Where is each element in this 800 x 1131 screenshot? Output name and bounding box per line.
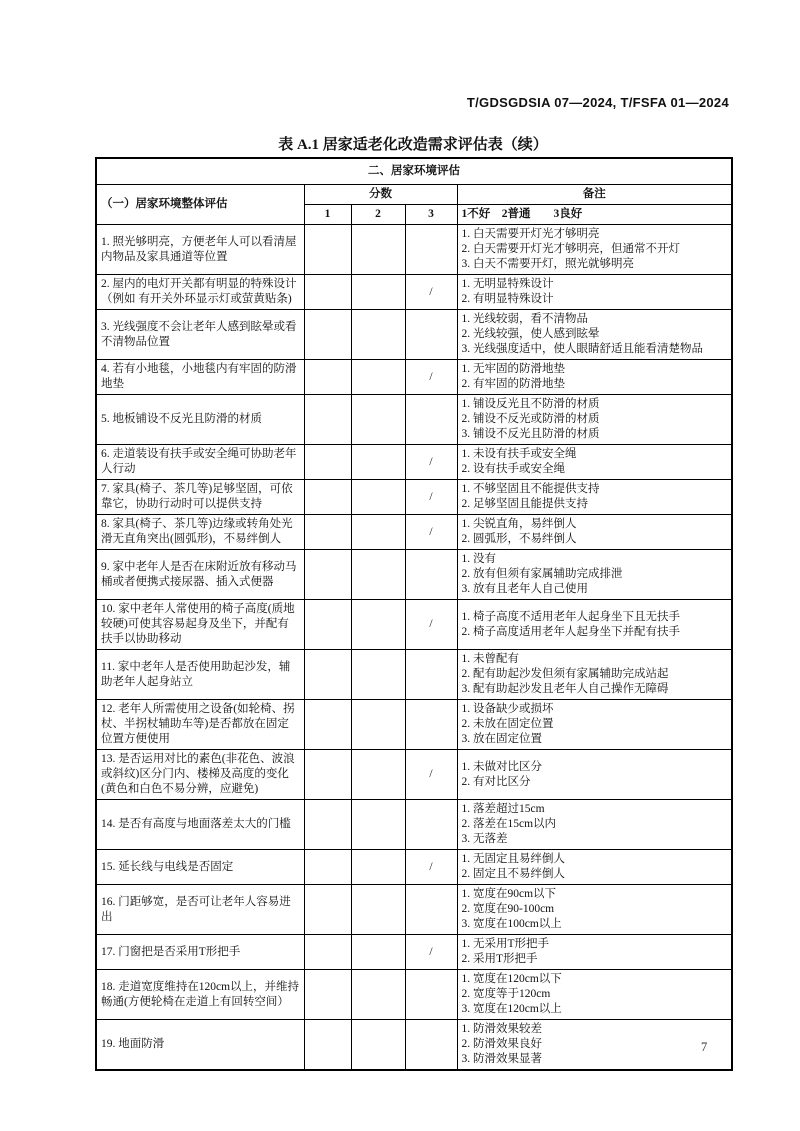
- table-row: 3. 光线强度不会让老年人感到眩晕或看不清物品位置 1. 光线较弱，看不清物品 …: [96, 310, 732, 360]
- table-row: 16. 门距够宽，是否可让老年人容易进出 1. 宽度在90cm以下 2. 宽度在…: [96, 885, 732, 935]
- remark-cell: 1. 无采用T形把手 2. 采用T形把手: [457, 935, 732, 970]
- document-page: { "page": { "standard_ref": "T/GDSGDSIA …: [0, 0, 800, 1131]
- remark-cell: 1. 没有 2. 放有但须有家属辅助完成排泄 3. 放有且老年人自己使用: [457, 550, 732, 600]
- table-title: 表 A.1 居家适老化改造需求评估表（续）: [95, 133, 731, 154]
- score-3-cell: /: [405, 360, 457, 395]
- table-row: 2. 屋内的电灯开关都有明显的特殊设计（例如 有开关外环显示灯或萤黄贴条) / …: [96, 275, 732, 310]
- question-cell: 13. 是否运用对比的素色(非花色、波浪或斜纹)区分门内、楼梯及高度的变化(黄色…: [96, 750, 304, 800]
- score-2-cell: [351, 275, 405, 310]
- score-column-header: 分数: [304, 185, 457, 205]
- table-row: 14. 是否有高度与地面落差太大的门槛 1. 落差超过15cm 2. 落差在15…: [96, 800, 732, 850]
- page-number: 7: [701, 1040, 707, 1055]
- score-3-cell: [405, 800, 457, 850]
- score-3-cell: [405, 395, 457, 445]
- score-3-cell: /: [405, 935, 457, 970]
- remark-scale-legend: 1不好 2普通 3良好: [457, 205, 732, 225]
- score-2-cell: [351, 970, 405, 1020]
- table-row: 5. 地板铺设不反光且防滑的材质 1. 铺设反光且不防滑的材质 2. 铺设不反光…: [96, 395, 732, 445]
- table-row: 12. 老年人所需使用之设备(如轮椅、拐杖、半拐杖辅助车等)是否都放在固定位置方…: [96, 700, 732, 750]
- remark-cell: 1. 不够坚固且不能提供支持 2. 足够坚固且能提供支持: [457, 480, 732, 515]
- score-2-cell: [351, 700, 405, 750]
- score-1-cell: [304, 445, 351, 480]
- question-cell: 7. 家具(椅子、茶几等)足够坚固，可依靠它，协助行动时可以提供支持: [96, 480, 304, 515]
- question-cell: 11. 家中老年人是否使用助起沙发，辅助老年人起身站立: [96, 650, 304, 700]
- table-row: 18. 走道宽度维持在120cm以上，并维持畅通(方便轮椅在走道上有回转空间） …: [96, 970, 732, 1020]
- remark-cell: 1. 无明显特殊设计 2. 有明显特殊设计: [457, 275, 732, 310]
- remark-cell: 1. 防滑效果较差 2. 防滑效果良好 3. 防滑效果显著: [457, 1020, 732, 1071]
- table-row: 13. 是否运用对比的素色(非花色、波浪或斜纹)区分门内、楼梯及高度的变化(黄色…: [96, 750, 732, 800]
- score-3-cell: [405, 1020, 457, 1071]
- remark-cell: 1. 尖锐直角，易绊倒人 2. 圆弧形，不易绊倒人: [457, 515, 732, 550]
- score-1-cell: [304, 310, 351, 360]
- score-1-cell: [304, 515, 351, 550]
- question-cell: 2. 屋内的电灯开关都有明显的特殊设计（例如 有开关外环显示灯或萤黄贴条): [96, 275, 304, 310]
- score-3-cell: [405, 970, 457, 1020]
- remark-cell: 1. 椅子高度不适用老年人起身坐下且无扶手 2. 椅子高度适用老年人起身坐下并配…: [457, 600, 732, 650]
- score-1-cell: [304, 275, 351, 310]
- remark-cell: 1. 宽度在90cm以下 2. 宽度在90-100cm 3. 宽度在100cm以…: [457, 885, 732, 935]
- score-3-cell: [405, 700, 457, 750]
- assessment-rows: 1. 照光够明亮，方便老年人可以看清屋内物品及家具通道等位置 1. 白天需要开灯…: [96, 225, 732, 1071]
- table-row: 8. 家具(椅子、茶几等)边缘或转角处光滑无直角突出(圆弧形)，不易绊倒人 / …: [96, 515, 732, 550]
- question-cell: 17. 门窗把是否采用T形把手: [96, 935, 304, 970]
- score-3-cell: [405, 310, 457, 360]
- score-1-cell: [304, 970, 351, 1020]
- score-3-cell: [405, 550, 457, 600]
- score-3-cell: [405, 225, 457, 275]
- table-row: 4. 若有小地毯，小地毯内有牢固的防滑地垫 / 1. 无牢固的防滑地垫 2. 有…: [96, 360, 732, 395]
- score-3-cell: /: [405, 515, 457, 550]
- score-2-cell: [351, 1020, 405, 1071]
- score-2-cell: [351, 310, 405, 360]
- score-2-cell: [351, 225, 405, 275]
- remark-cell: 1. 无固定且易绊倒人 2. 固定且不易绊倒人: [457, 850, 732, 885]
- score-3-cell: /: [405, 850, 457, 885]
- remark-cell: 1. 未设有扶手或安全绳 2. 设有扶手或安全绳: [457, 445, 732, 480]
- column-header-row: （一）居家环境整体评估 分数 备注: [96, 185, 732, 205]
- score-1-cell: [304, 800, 351, 850]
- question-cell: 8. 家具(椅子、茶几等)边缘或转角处光滑无直角突出(圆弧形)，不易绊倒人: [96, 515, 304, 550]
- score-1-cell: [304, 600, 351, 650]
- remark-cell: 1. 落差超过15cm 2. 落差在15cm以内 3. 无落差: [457, 800, 732, 850]
- score-3-cell: [405, 650, 457, 700]
- question-cell: 12. 老年人所需使用之设备(如轮椅、拐杖、半拐杖辅助车等)是否都放在固定位置方…: [96, 700, 304, 750]
- remark-column-header: 备注: [457, 185, 732, 205]
- question-cell: 1. 照光够明亮，方便老年人可以看清屋内物品及家具通道等位置: [96, 225, 304, 275]
- score-2-cell: [351, 885, 405, 935]
- remark-cell: 1. 白天需要开灯光才够明亮 2. 白天需要开灯光才够明亮，但通常不开灯 3. …: [457, 225, 732, 275]
- section-title: 二、居家环境评估: [96, 158, 732, 185]
- assessment-table: 二、居家环境评估 （一）居家环境整体评估 分数 备注 1 2 3 1不好 2普通…: [95, 157, 733, 1071]
- table-row: 11. 家中老年人是否使用助起沙发，辅助老年人起身站立 1. 未曾配有 2. 配…: [96, 650, 732, 700]
- remark-cell: 1. 铺设反光且不防滑的材质 2. 铺设不反光或防滑的材质 3. 铺设不反光且防…: [457, 395, 732, 445]
- score-1-cell: [304, 395, 351, 445]
- score-2-cell: [351, 750, 405, 800]
- standard-reference-header: T/GDSGDSIA 07—2024, T/FSFA 01—2024: [467, 95, 729, 110]
- group-title: （一）居家环境整体评估: [96, 185, 304, 225]
- score-2-cell: [351, 395, 405, 445]
- score-2-cell: [351, 935, 405, 970]
- score-1-cell: [304, 360, 351, 395]
- score-1-cell: [304, 935, 351, 970]
- table-row: 10. 家中老年人常使用的椅子高度(质地较硬)可使其容易起身及坐下，并配有扶手以…: [96, 600, 732, 650]
- remark-cell: 1. 未做对比区分 2. 有对比区分: [457, 750, 732, 800]
- score-1-header: 1: [304, 205, 351, 225]
- score-3-cell: /: [405, 445, 457, 480]
- remark-cell: 1. 设备缺少或损坏 2. 未放在固定位置 3. 放在固定位置: [457, 700, 732, 750]
- question-cell: 5. 地板铺设不反光且防滑的材质: [96, 395, 304, 445]
- remark-cell: 1. 光线较弱，看不清物品 2. 光线较强，使人感到眩晕 3. 光线强度适中，使…: [457, 310, 732, 360]
- remark-cell: 1. 宽度在120cm以下 2. 宽度等于120cm 3. 宽度在120cm以上: [457, 970, 732, 1020]
- score-1-cell: [304, 850, 351, 885]
- table-row: 6. 走道装设有扶手或安全绳可协助老年人行动 / 1. 未设有扶手或安全绳 2.…: [96, 445, 732, 480]
- question-cell: 6. 走道装设有扶手或安全绳可协助老年人行动: [96, 445, 304, 480]
- score-2-cell: [351, 550, 405, 600]
- question-cell: 18. 走道宽度维持在120cm以上，并维持畅通(方便轮椅在走道上有回转空间）: [96, 970, 304, 1020]
- question-cell: 9. 家中老年人是否在床附近放有移动马桶或者便携式接尿器、插入式便器: [96, 550, 304, 600]
- score-2-cell: [351, 515, 405, 550]
- remark-cell: 1. 未曾配有 2. 配有助起沙发但须有家属辅助完成站起 3. 配有助起沙发且老…: [457, 650, 732, 700]
- question-cell: 19. 地面防滑: [96, 1020, 304, 1071]
- score-1-cell: [304, 1020, 351, 1071]
- score-2-cell: [351, 800, 405, 850]
- score-1-cell: [304, 550, 351, 600]
- score-2-cell: [351, 360, 405, 395]
- question-cell: 3. 光线强度不会让老年人感到眩晕或看不清物品位置: [96, 310, 304, 360]
- score-3-cell: /: [405, 275, 457, 310]
- table-row: 7. 家具(椅子、茶几等)足够坚固，可依靠它，协助行动时可以提供支持 / 1. …: [96, 480, 732, 515]
- table-row: 1. 照光够明亮，方便老年人可以看清屋内物品及家具通道等位置 1. 白天需要开灯…: [96, 225, 732, 275]
- score-3-cell: /: [405, 750, 457, 800]
- score-3-header: 3: [405, 205, 457, 225]
- question-cell: 14. 是否有高度与地面落差太大的门槛: [96, 800, 304, 850]
- score-1-cell: [304, 480, 351, 515]
- question-cell: 15. 延长线与电线是否固定: [96, 850, 304, 885]
- score-1-cell: [304, 750, 351, 800]
- question-cell: 4. 若有小地毯，小地毯内有牢固的防滑地垫: [96, 360, 304, 395]
- score-2-cell: [351, 650, 405, 700]
- score-2-cell: [351, 480, 405, 515]
- table-row: 15. 延长线与电线是否固定 / 1. 无固定且易绊倒人 2. 固定且不易绊倒人: [96, 850, 732, 885]
- score-1-cell: [304, 700, 351, 750]
- score-2-cell: [351, 850, 405, 885]
- question-cell: 10. 家中老年人常使用的椅子高度(质地较硬)可使其容易起身及坐下，并配有扶手以…: [96, 600, 304, 650]
- score-3-cell: [405, 885, 457, 935]
- remark-cell: 1. 无牢固的防滑地垫 2. 有牢固的防滑地垫: [457, 360, 732, 395]
- score-1-cell: [304, 885, 351, 935]
- section-header-row: 二、居家环境评估: [96, 158, 732, 185]
- question-cell: 16. 门距够宽，是否可让老年人容易进出: [96, 885, 304, 935]
- table-row: 9. 家中老年人是否在床附近放有移动马桶或者便携式接尿器、插入式便器 1. 没有…: [96, 550, 732, 600]
- score-2-header: 2: [351, 205, 405, 225]
- score-2-cell: [351, 445, 405, 480]
- score-2-cell: [351, 600, 405, 650]
- score-3-cell: /: [405, 600, 457, 650]
- table-row: 17. 门窗把是否采用T形把手 / 1. 无采用T形把手 2. 采用T形把手: [96, 935, 732, 970]
- table-row: 19. 地面防滑 1. 防滑效果较差 2. 防滑效果良好 3. 防滑效果显著: [96, 1020, 732, 1071]
- score-3-cell: /: [405, 480, 457, 515]
- score-1-cell: [304, 650, 351, 700]
- score-1-cell: [304, 225, 351, 275]
